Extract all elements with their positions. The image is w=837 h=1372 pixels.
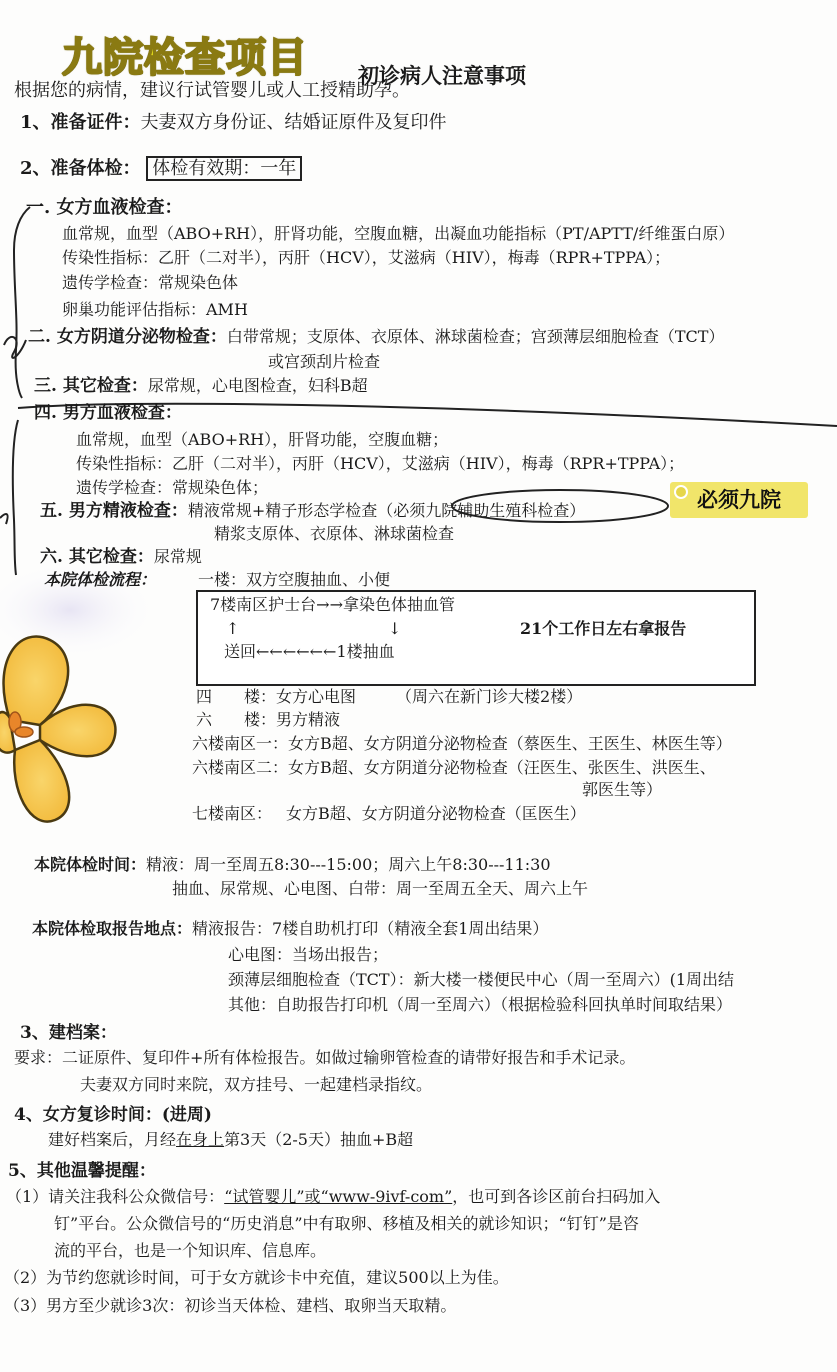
flow-report-time: 21个工作日左右拿报告 [520, 619, 686, 639]
male-blood-line-2: 传染性指标：乙肝（二对半），丙肝（HCV），艾滋病（HIV），梅毒（RPR+TP… [76, 454, 684, 474]
floor-4-label: 四 楼： [196, 687, 276, 706]
section-checkup: 2、准备体检： 体检有效期：一年 [20, 158, 302, 180]
female-blood-line-3: 遗传学检查：常规染色体 [62, 273, 238, 293]
floor-6s1-text: 女方B超、女方阴道分泌物检查（蔡医生、王医生、林医生等） [288, 734, 732, 753]
section-file-line-1: 要求：二证原件、复印件+所有体检报告。如做过输卵管检查的请带好报告和手术记录。 [14, 1048, 635, 1068]
floor-6s2-text: 女方B超、女方阴道分泌物检查（汪医生、张医生、洪医生、 [288, 758, 716, 777]
revisit-post: 第3天（2-5天）抽血+B超 [224, 1130, 413, 1149]
tip-1-suffix: ，也可到各诊区前台扫码加入 [452, 1187, 660, 1206]
female-blood-heading: 一. 女方血液检查： [26, 197, 183, 219]
revisit-underlined: 在身上 [176, 1130, 224, 1149]
female-vaginal: 二. 女方阴道分泌物检查：白带常规；支原体、衣原体、淋球菌检查；宫颈薄层细胞检查… [28, 326, 724, 348]
floor-6-text: 男方精液 [276, 710, 340, 729]
male-semen-note: （必须九院辅助生殖科检查） [377, 501, 585, 520]
flow-down-arrow-icon: ↓ [388, 619, 401, 639]
male-semen-text-2: 精浆支原体、衣原体、淋球菌检查 [214, 524, 454, 544]
flow-step-2: 送回←←←←←←1楼抽血 [224, 642, 395, 662]
process-floor-1: 一楼：双方空腹抽血、小便 [198, 570, 390, 590]
tip-1-line-3: 流的平台，也是一个知识库、信息库。 [54, 1241, 326, 1261]
validity-box: 体检有效期：一年 [146, 156, 302, 181]
section-file-heading: 3、建档案： [20, 1022, 117, 1044]
female-other-text: 尿常规，心电图检查，妇科B超 [148, 376, 368, 395]
section-checkup-label: 2、准备体检： [20, 158, 141, 179]
female-vaginal-text: 白带常规；支原体、衣原体、淋球菌检查；宫颈薄层细胞检查（TCT） [227, 327, 725, 346]
report-location-4: 其他：自助报告打印机（周一至周六）（根据检验科回执单时间取结果） [228, 995, 732, 1015]
male-other: 六. 其它检查：尿常规 [40, 546, 202, 568]
floor-row-6-south-1: 六楼南区一：女方B超、女方阴道分泌物检查（蔡医生、王医生、林医生等） [192, 734, 732, 754]
female-blood-line-1: 血常规，血型（ABO+RH），肝肾功能，空腹血糖，出凝血功能指标（PT/APTT… [62, 224, 734, 244]
tip-1-line-2: 钉”平台。公众微信号的“历史消息”中有取卵、移植及相关的就诊知识；“钉钉”是咨 [54, 1214, 639, 1234]
tip-2: （2）为节约您就诊时间，可于女方就诊卡中充值，建议500以上为佳。 [4, 1268, 509, 1288]
must-ninth-hospital-badge: 必须九院 [670, 482, 808, 518]
report-locations: 本院体检取报告地点：精液报告：7楼自助机打印（精液全套1周出结果） [32, 919, 548, 939]
intro-text: 根据您的病情，建议行试管婴儿或人工授精助孕。 [14, 80, 410, 102]
male-semen-text: 精液常规+精子形态学检查 [188, 501, 377, 520]
male-semen: 五. 男方精液检查：精液常规+精子形态学检查（必须九院辅助生殖科检查） [40, 500, 585, 522]
floor-row-6-south-2: 六楼南区二：女方B超、女方阴道分泌物检查（汪医生、张医生、洪医生、 [192, 758, 716, 778]
report-location-3: 颈薄层细胞检查（TCT）：新大楼一楼便民中心（周一至周六）(1周出结 [228, 970, 734, 990]
exam-hours: 本院体检时间：精液：周一至周五8:30---15:00；周六上午8:30---1… [34, 855, 551, 875]
flow-up-arrow-icon: ↑ [226, 619, 239, 639]
male-other-heading: 六. 其它检查： [40, 547, 154, 567]
male-blood-heading: 四. 男方血液检查： [34, 402, 182, 424]
floor-row-4: 四 楼：女方心电图（周六在新门诊大楼2楼） [196, 687, 582, 707]
report-location-2: 心电图：当场出报告； [228, 945, 388, 965]
male-semen-heading: 五. 男方精液检查： [40, 501, 188, 521]
floor-row-7-south: 七楼南区：女方B超、女方阴道分泌物检查（匡医生） [192, 804, 586, 824]
female-vaginal-heading: 二. 女方阴道分泌物检查： [28, 327, 227, 347]
tip-1-line-1: （1）请关注我科公众微信号：“试管婴儿”或“www-9ivf-com”，也可到各… [6, 1187, 660, 1207]
exam-hours-line-2: 抽血、尿常规、心电图、白带：周一至周五全天、周六上午 [172, 879, 588, 899]
report-location-1: 精液报告：7楼自助机打印（精液全套1周出结果） [192, 919, 548, 938]
floor-row-6: 六 楼：男方精液 [196, 710, 340, 730]
tip-3: （3）男方至少就诊3次：初诊当天体检、建档、取卵当天取精。 [4, 1296, 456, 1316]
female-vaginal-text-2: 或宫颈刮片检查 [268, 352, 380, 372]
female-other-heading: 三. 其它检查： [34, 376, 148, 396]
chromosome-flow-box: 7楼南区护士台→→拿染色体抽血管 ↑ ↓ 送回←←←←←←1楼抽血 21个工作日… [196, 590, 756, 686]
section-documents: 1、准备证件：夫妻双方身份证、结婚证原件及复印件 [20, 112, 447, 134]
floor-4-note: （周六在新门诊大楼2楼） [396, 687, 582, 706]
female-other: 三. 其它检查：尿常规，心电图检查，妇科B超 [34, 375, 368, 397]
section-revisit-heading: 4、女方复诊时间：(进周) [14, 1104, 212, 1126]
section-documents-label: 1、准备证件： [20, 112, 141, 133]
exam-hours-label: 本院体检时间： [34, 855, 146, 874]
floor-6-label: 六 楼： [196, 710, 276, 729]
section-documents-text: 夫妻双方身份证、结婚证原件及复印件 [141, 112, 447, 133]
exam-hours-line-1: 精液：周一至周五8:30---15:00；周六上午8:30---11:30 [146, 855, 551, 874]
wechat-account-link[interactable]: “试管婴儿”或“www-9ivf-com” [224, 1187, 452, 1206]
report-locations-label: 本院体检取报告地点： [32, 919, 192, 938]
floor-7s-label: 七楼南区： [192, 804, 272, 823]
flow-step-1: 7楼南区护士台→→拿染色体抽血管 [210, 595, 455, 615]
tip-1-prefix: （1）请关注我科公众微信号： [6, 1187, 224, 1206]
process-label: 本院体检流程： [44, 570, 156, 590]
floor-6s2-text-2: 郭医生等） [582, 780, 662, 800]
section-revisit-text: 建好档案后，月经在身上第3天（2-5天）抽血+B超 [48, 1130, 413, 1150]
male-blood-line-1: 血常规，血型（ABO+RH），肝肾功能，空腹血糖； [76, 430, 448, 450]
female-blood-line-4: 卵巢功能评估指标：AMH [62, 300, 248, 320]
female-blood-line-2: 传染性指标：乙肝（二对半），丙肝（HCV），艾滋病（HIV），梅毒（RPR+TP… [62, 248, 670, 268]
floor-7s-text: 女方B超、女方阴道分泌物检查（匡医生） [286, 804, 586, 823]
revisit-pre: 建好档案后，月经 [48, 1130, 176, 1149]
page-title: 九院检查项目 [62, 26, 308, 83]
badge-dot-icon [674, 485, 688, 499]
floor-6s1-label: 六楼南区一： [192, 734, 288, 753]
floor-4-text: 女方心电图 [276, 687, 356, 706]
section-tips-heading: 5、其他温馨提醒： [8, 1160, 156, 1182]
male-blood-line-3: 遗传学检查：常规染色体； [76, 478, 268, 498]
floor-6s2-label: 六楼南区二： [192, 758, 288, 777]
section-file-line-2: 夫妻双方同时来院，双方挂号、一起建档录指纹。 [80, 1075, 432, 1095]
male-other-text: 尿常规 [154, 547, 202, 566]
